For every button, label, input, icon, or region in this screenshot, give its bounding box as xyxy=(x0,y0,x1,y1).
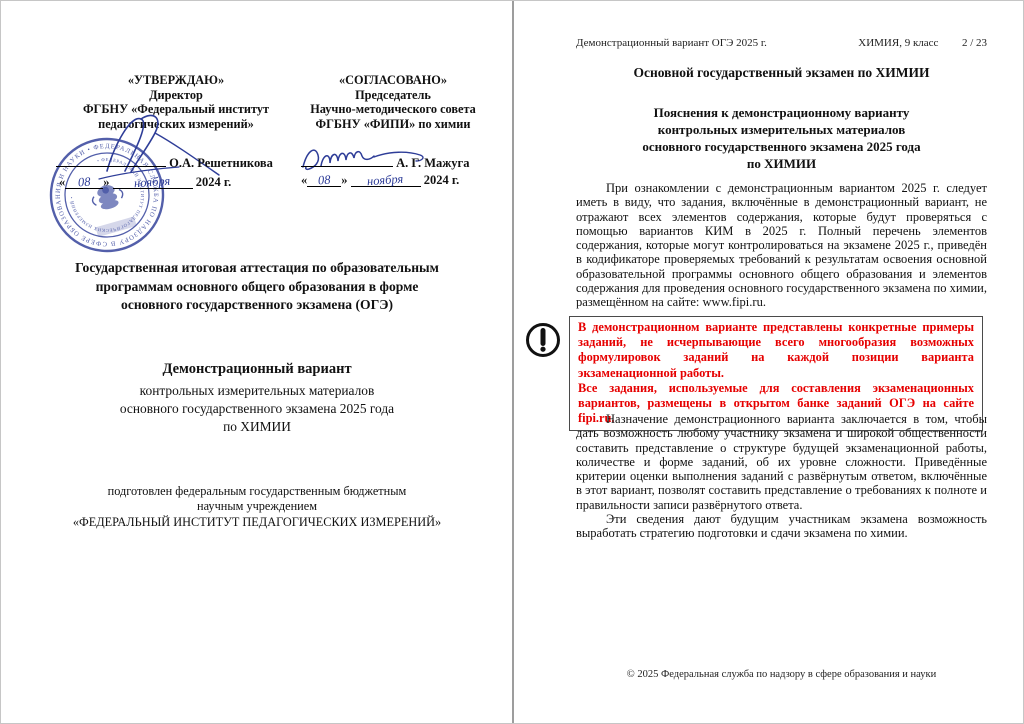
prepared-by-block: подготовлен федеральным государственным … xyxy=(31,484,483,530)
main-heading: Государственная итоговая аттестация по о… xyxy=(39,259,475,315)
date-row-director: «08» ноября 2024 г. xyxy=(59,175,231,190)
approval-line: «УТВЕРЖДАЮ» xyxy=(56,73,296,88)
agreement-line: «СОГЛАСОВАНО» xyxy=(293,73,493,88)
demo-variant-subtitle-line: по ХИМИИ xyxy=(39,418,475,436)
date-year: 2024 г. xyxy=(424,173,460,187)
main-heading-line: программам основного общего образования … xyxy=(39,278,475,297)
quote-close: » xyxy=(341,173,347,187)
handwritten-day: 08 xyxy=(77,175,91,191)
approval-line: Директор xyxy=(56,88,296,103)
quote-close: » xyxy=(103,175,109,189)
agreement-line: Председатель xyxy=(293,88,493,103)
prepared-by-line: научным учреждением xyxy=(31,499,483,514)
copyright-footer: © 2025 Федеральная служба по надзору в с… xyxy=(576,669,987,680)
page-left: «УТВЕРЖДАЮ» Директор ФГБНУ «Федеральный … xyxy=(1,1,512,724)
demo-variant-subtitle-line: контрольных измерительных материалов xyxy=(39,382,475,400)
warning-paragraph-1: В демонстрационном варианте представлены… xyxy=(578,320,974,381)
handwritten-day: 08 xyxy=(317,173,331,189)
running-header-left: Демонстрационный вариант ОГЭ 2025 г. xyxy=(576,37,767,49)
running-header: Демонстрационный вариант ОГЭ 2025 г. ХИМ… xyxy=(576,37,987,49)
agreement-line: ФГБНУ «ФИПИ» по химии xyxy=(293,117,493,132)
handwritten-month: ноября xyxy=(367,172,404,189)
explanations-subtitle-line: по ХИМИИ xyxy=(576,155,987,172)
demo-variant-subtitle: контрольных измерительных материалов осн… xyxy=(39,382,475,435)
signature-row-director: О.А. Решетникова xyxy=(56,153,273,171)
explanations-subtitle-line: контрольных измерительных материалов xyxy=(576,121,987,138)
prepared-by-line: подготовлен федеральным государственным … xyxy=(31,484,483,499)
warning-icon xyxy=(525,322,561,358)
page-number: 2 / 23 xyxy=(962,37,987,49)
running-header-subject: ХИМИЯ, 9 класс xyxy=(858,37,938,49)
main-heading-line: Государственная итоговая аттестация по о… xyxy=(39,259,475,278)
body-paragraphs: Назначение демонстрационного варианта за… xyxy=(576,412,987,541)
purpose-paragraph: Назначение демонстрационного варианта за… xyxy=(576,412,987,512)
main-heading-line: основного государственного экзамена (ОГЭ… xyxy=(39,296,475,315)
chairman-name: А. Г. Мажуга xyxy=(396,156,469,170)
handwritten-month: ноября xyxy=(134,174,171,191)
intro-paragraph: При ознакомлении с демонстрационным вари… xyxy=(576,181,987,310)
agreement-line: Научно-методического совета xyxy=(293,102,493,117)
page-right: Демонстрационный вариант ОГЭ 2025 г. ХИМ… xyxy=(514,1,1024,724)
signature-line xyxy=(301,153,393,167)
date-year: 2024 г. xyxy=(196,175,232,189)
demo-variant-title: Демонстрационный вариант xyxy=(39,361,475,378)
agreement-block: «СОГЛАСОВАНО» Председатель Научно-методи… xyxy=(293,73,493,131)
signature-line xyxy=(56,153,166,167)
explanations-subtitle: Пояснения к демонстрационному варианту к… xyxy=(576,104,987,172)
closing-paragraph: Эти сведения дают будущим участникам экз… xyxy=(576,512,987,541)
document-viewer: «УТВЕРЖДАЮ» Директор ФГБНУ «Федеральный … xyxy=(0,0,1024,724)
explanations-subtitle-line: Пояснения к демонстрационному варианту xyxy=(576,104,987,121)
director-name: О.А. Решетникова xyxy=(169,156,273,170)
signature-row-chairman: А. Г. Мажуга xyxy=(301,153,469,171)
demo-variant-subtitle-line: основного государственного экзамена 2025… xyxy=(39,400,475,418)
prepared-by-line: «ФЕДЕРАЛЬНЫЙ ИНСТИТУТ ПЕДАГОГИЧЕСКИХ ИЗМ… xyxy=(31,515,483,530)
explanations-subtitle-line: основного государственного экзамена 2025… xyxy=(576,138,987,155)
signature-reshetnikova-ink xyxy=(93,109,233,184)
page-title: Основной государственный экзамен по ХИМИ… xyxy=(576,65,987,81)
date-row-chairman: «08» ноября 2024 г. xyxy=(301,173,459,188)
